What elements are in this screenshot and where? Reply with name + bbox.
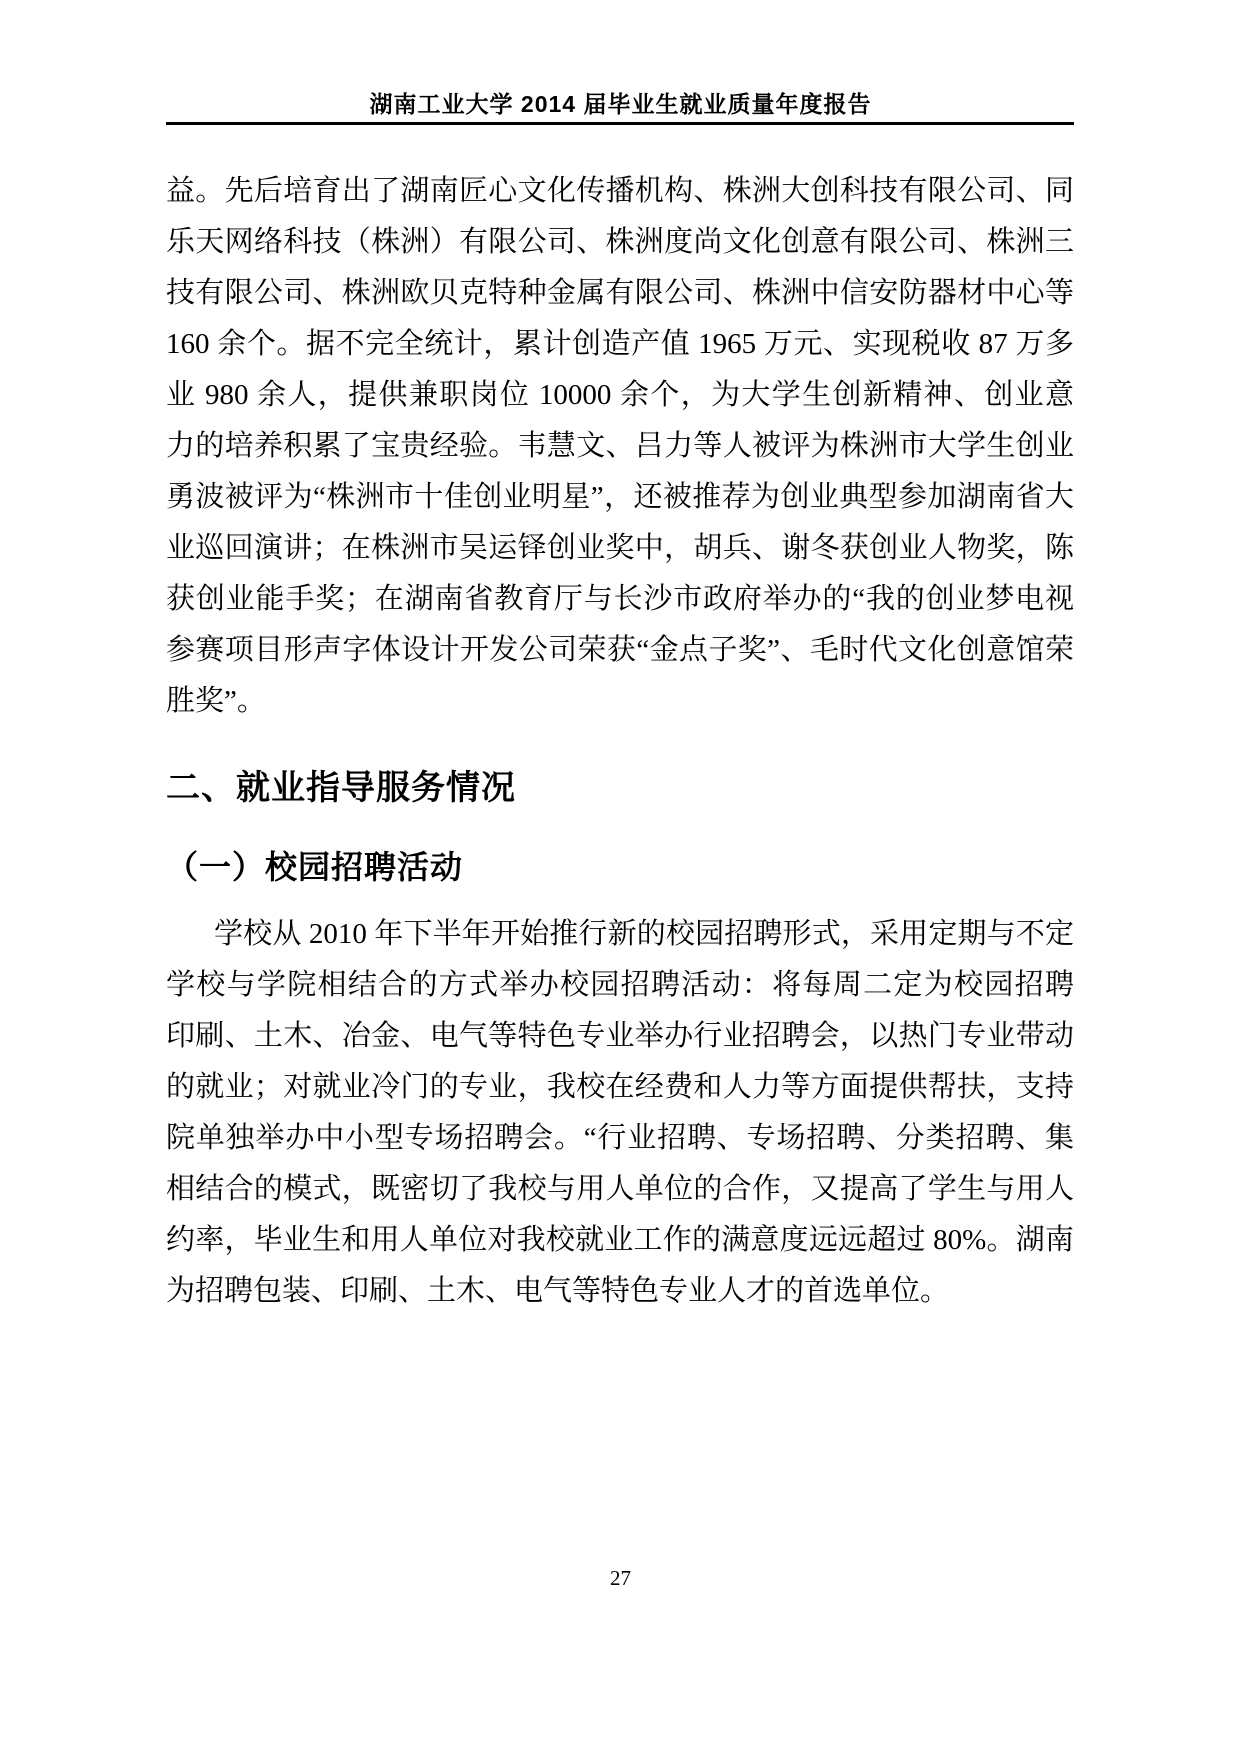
paragraph-incubation-results: 益。先后培育出了湖南匠心文化传播机构、株洲大创科技有限公司、同窗兼职网、 乐天网… [166, 166, 1074, 727]
text-line: 胜奖”。 [166, 676, 1074, 727]
text-line: 业 980 余人，提供兼职岗位 10000 余个，为大学生创新精神、创业意识、创… [166, 370, 1074, 421]
text-line: 的就业；对就业冷门的专业，我校在经费和人力等方面提供帮扶，支持和鼓励学 [166, 1062, 1074, 1113]
page-number: 27 [0, 1566, 1241, 1591]
page-header-title: 湖南工业大学 2014 届毕业生就业质量年度报告 [0, 86, 1241, 119]
text-line: 160 余个。据不完全统计，累计创造产值 1965 万元、实现税收 87 万多元… [166, 319, 1074, 370]
text-line: 为招聘包装、印刷、土木、电气等特色专业人才的首选单位。 [166, 1266, 1074, 1317]
section-heading-employment-guidance: 二、就业指导服务情况 [166, 760, 1074, 809]
text-line: 乐天网络科技（株洲）有限公司、株洲度尚文化创意有限公司、株洲三泰照明科 [166, 217, 1074, 268]
text-line: 约率，毕业生和用人单位对我校就业工作的满意度远远超过 80%。湖南工业大学成 [166, 1215, 1074, 1266]
text-line: 参赛项目形声字体设计开发公司荣获“金点子奖”、毛时代文化创意馆荣获“优 [166, 625, 1074, 676]
paragraph-campus-recruitment: 学校从 2010 年下半年开始推行新的校园招聘形式，采用定期与不定期相结合、 学… [166, 909, 1074, 1317]
text-line: 相结合的模式，既密切了我校与用人单位的合作，又提高了学生与用人单位的签 [166, 1164, 1074, 1215]
subsection-heading-campus-recruitment: （一）校园招聘活动 [166, 842, 1074, 888]
document-page: 湖南工业大学 2014 届毕业生就业质量年度报告 益。先后培育出了湖南匠心文化传… [0, 0, 1241, 1754]
text-line: 印刷、土木、冶金、电气等特色专业举办行业招聘会，以热门专业带动其他专业 [166, 1011, 1074, 1062]
text-line: 学校从 2010 年下半年开始推行新的校园招聘形式，采用定期与不定期相结合、 [166, 909, 1074, 960]
text-line: 益。先后培育出了湖南匠心文化传播机构、株洲大创科技有限公司、同窗兼职网、 [166, 166, 1074, 217]
text-line: 院单独举办中小型专场招聘会。“行业招聘、专场招聘、分类招聘、集中招聘” [166, 1113, 1074, 1164]
text-line: 技有限公司、株洲欧贝克特种金属有限公司、株洲中信安防器材中心等孵化项目 [166, 268, 1074, 319]
text-line: 勇波被评为“株洲市十佳创业明星”，还被推荐为创业典型参加湖南省大学生创 [166, 472, 1074, 523]
header-rule [166, 122, 1074, 125]
text-line: 业巡回演讲；在株洲市吴运铎创业奖中，胡兵、谢冬获创业人物奖，陈燕等人荣 [166, 523, 1074, 574]
text-line: 学校与学院相结合的方式举办校园招聘活动：将每周二定为校园招聘日；对包装 [166, 960, 1074, 1011]
text-line: 力的培养积累了宝贵经验。韦慧文、吕力等人被评为株洲市大学生创业典型；杨 [166, 421, 1074, 472]
text-line: 获创业能手奖；在湖南省教育厅与长沙市政府举办的“我的创业梦电视大赛”中， [166, 574, 1074, 625]
